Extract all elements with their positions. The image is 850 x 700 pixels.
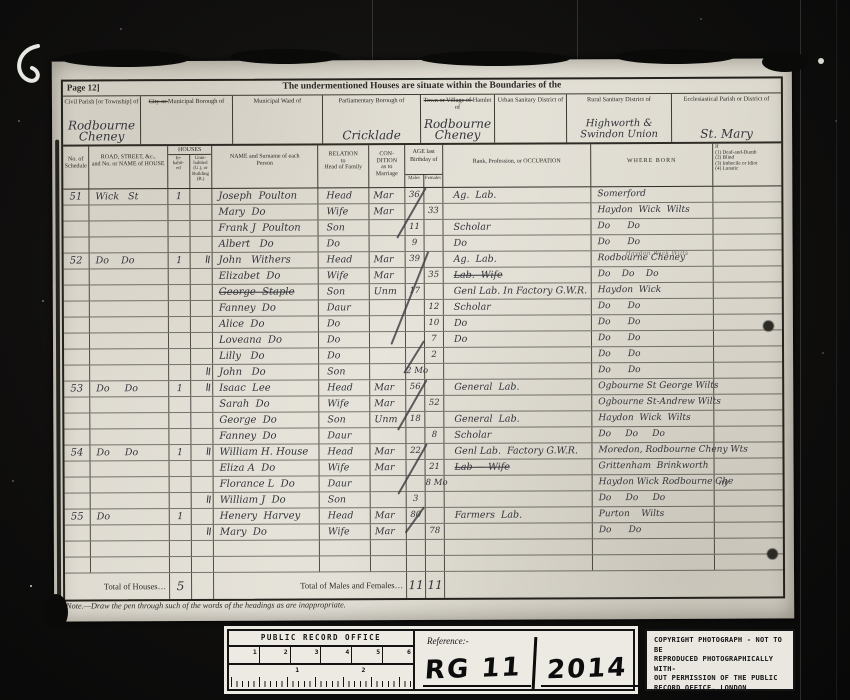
occupation-cell: Scholar [444,299,592,315]
name-cell: \\John Withers [213,252,319,267]
schedule-cell: 51 [63,189,89,204]
col-houses-title: HOUSES [168,146,211,155]
uninhabited-cell [191,333,213,348]
district-field-label: Ecclesiastical Parish or District of [672,93,781,102]
occupation-cell: General Lab. [444,379,592,395]
condition-cell: Mar [371,460,407,475]
infirmity-cell [713,218,781,233]
condition-cell: Mar [370,268,406,283]
column-headers: No. of Schedule ROAD, STREET, &c., and N… [63,143,781,189]
reference-number-right: 2014 [546,653,629,686]
col-where-born: WHERE BORN [591,144,713,187]
col-relation: RELATION to Head of Family [318,145,369,187]
condition-cell: Mar [371,508,407,523]
reference-underline [541,685,641,688]
reference-number-left: RG 11 [424,652,523,685]
uninhabited-cell [190,221,212,236]
inhabited-cell [169,237,191,252]
name-cell: Lilly Do [213,348,319,363]
road-cell [90,237,169,252]
born-cell: Haydon Wick Wilts [592,411,714,427]
infirmity-cell [714,234,782,249]
road-cell [90,429,169,444]
relation-cell: Daur [319,428,370,443]
occupation-cell: Ag. Lab. [443,187,591,203]
relation-cell: Do [319,236,370,251]
form-title: The undermentioned Houses are situate wi… [63,79,781,92]
infirmity-cell [714,266,782,281]
relation-cell: Wife [320,524,371,539]
relation-cell: Head [319,380,370,395]
schedule-cell [64,413,90,428]
occupation-cell [445,523,593,539]
district-field-label: Civil Parish [or Township] of [63,96,140,105]
census-page: Page 12] The undermentioned Houses are s… [52,58,794,621]
road-cell: Do Do [90,253,169,268]
name-cell: \\John Do [213,364,319,379]
schedule-cell [64,269,90,284]
uninhabited-cell [190,189,212,204]
occupation-cell [444,363,592,379]
age-female-cell [426,492,445,507]
condition-cell [371,540,407,555]
district-field: Civil Parish [or Township] ofRodbourne C… [63,96,141,144]
district-field-label: Rural Sanitary District of [567,94,671,103]
total-houses-value: 5 [170,573,192,599]
age-female-cell [424,188,443,203]
ruler-label: 2 [361,666,365,674]
film-specks [0,0,2,2]
age-female-cell [424,220,443,235]
age-female-cell: 7 [425,332,444,347]
road-cell [90,349,169,364]
born-cell: Do Do Do [592,267,714,283]
born-cell: Do Do [593,523,715,539]
district-field: Parliamentary Borough ofCricklade [323,95,421,143]
ruler-major-ticks [231,677,411,687]
road-cell [90,413,169,428]
condition-cell: Mar [369,204,405,219]
schedule-cell [63,221,89,236]
inhabited-cell [169,429,191,444]
district-field: Rural Sanitary District ofHighworth & Sw… [567,94,672,142]
totals-row: Total of Houses… 5 Total of Males and Fe… [65,570,783,599]
road-cell [90,269,169,284]
page-edge-tear [60,50,190,67]
schedule-cell [64,349,90,364]
road-cell [89,205,168,220]
relation-cell: Head [319,444,370,459]
schedule-cell: 52 [64,253,90,268]
uninhabited-cell [192,509,214,524]
name-cell: Elizabet Do [213,268,319,283]
condition-cell [371,492,407,507]
col-age: AGE last Birthday of Males Females [405,145,443,187]
district-field: Ecclesiastical Parish or District ofSt. … [672,93,781,141]
film-scratch [372,0,373,60]
age-female-cell: 8 Mo [426,476,445,491]
scale-number: 2 [260,647,291,663]
district-field-label: Town or Village of Hamlet of [421,95,494,111]
occupation-cell: Ag. Lab. [444,251,592,267]
totals-blank-cell [445,570,783,597]
page-edge-tear [420,51,570,66]
uninhabited-cell [192,477,214,492]
inhabited-cell [169,397,191,412]
born-cell: Grittenham Brinkworth [593,459,715,475]
age-female-cell: 21 [426,460,445,475]
ruler: 1 2 [229,665,413,689]
inhabited-cell [170,557,192,572]
condition-cell [370,348,406,363]
infirmity-cell [714,410,782,425]
inhabited-cell [169,413,191,428]
road-cell: Wick St [89,189,168,204]
age-female-cell [425,284,444,299]
total-uninhabited-value [192,573,214,599]
road-cell: Do Do [90,381,169,396]
name-cell: Albert Do [213,236,319,251]
uninhabited-cell [191,317,213,332]
inhabited-cell [169,333,191,348]
condition-cell: Mar [371,524,407,539]
schedule-cell [64,365,90,380]
infirmity-cell [715,506,783,521]
schedule-cell [64,285,90,300]
age-male-cell [407,556,426,571]
schedule-cell [65,461,91,476]
age-male-cell [406,316,425,331]
schedule-cell [64,429,90,444]
page-edge-tear [230,49,340,64]
born-cell: Somerford [591,187,713,203]
age-female-cell [426,508,445,523]
born-cell: Rodbourne CheneyHaydon Wick Wilts [592,251,714,267]
district-field-label: Urban Sanitary District of [495,94,566,103]
scale-number: 5 [352,647,383,663]
condition-cell [370,364,406,379]
condition-cell: Unm [370,284,406,299]
inhabited-cell [170,541,192,556]
infirmity-cell [714,250,782,265]
occupation-cell: Lab. Wife [444,267,592,283]
col-age-title: AGE last Birthday of [405,145,442,175]
road-cell [91,557,170,572]
relation-cell: Wife [319,268,370,283]
district-field-value: Highworth & Swindon Union [567,118,671,140]
road-cell [90,397,169,412]
uninhabited-cell [190,205,212,220]
total-houses-label: Total of Houses… [65,573,170,599]
district-field: Urban Sanitary District of [495,94,567,142]
condition-cell [371,556,407,571]
name-cell: Eliza A Do [214,460,320,475]
district-field-value: Rodbourne Cheney [421,119,494,141]
name-cell: Frank J Poulton [212,220,318,235]
age-male-cell [407,540,426,555]
uninhabited-cell [192,557,214,572]
schedule-cell [64,301,90,316]
born-cell: Do Do Do [593,491,715,507]
uninhabited-cell [191,397,213,412]
district-field-label: Parliamentary Borough of [323,95,420,104]
inhabited-cell: 1 [169,445,191,460]
col-condition: CON- DITION as to Marriage [369,145,405,187]
road-cell [91,477,170,492]
occupation-cell [445,539,593,555]
uninhabited-cell [191,429,213,444]
condition-cell: Mar [370,252,406,267]
condition-cell [370,236,406,251]
name-cell: Alice Do [213,316,319,331]
col-schedule: No. of Schedule [63,146,89,188]
schedule-cell [64,397,90,412]
inhabited-cell: 1 [170,509,192,524]
age-male-cell: 18 [406,412,425,427]
inhabited-cell [169,269,191,284]
scale-number: 1 [229,647,260,663]
road-cell [89,221,168,236]
schedule-cell [64,237,90,252]
relation-cell: Son [320,492,371,507]
schedule-cell [65,557,91,572]
ruler-label: 1 [295,666,299,674]
district-field-label: Municipal Ward of [233,95,322,104]
road-cell [91,525,170,540]
inhabited-cell: 1 [168,189,190,204]
born-cell [593,555,715,571]
pro-scale-panel: PUBLIC RECORD OFFICE 123456 1 2 [229,631,415,689]
occupation-cell [443,203,591,219]
col-houses: HOUSES In- habit- ed Unin- habited (U.),… [168,146,212,188]
road-cell [91,541,170,556]
age-female-cell: 8 [425,428,444,443]
age-female-cell: 35 [425,268,444,283]
inhabited-cell: 1 [169,381,191,396]
condition-cell: Mar [370,444,406,459]
age-female-cell [426,556,445,571]
district-field-value: Rodbourne Cheney [63,120,140,142]
film-scratch [800,0,801,700]
schedule-cell: 53 [64,381,90,396]
total-females-value: 11 [426,572,445,598]
district-field: Town or Village of Hamlet ofRodbourne Ch… [421,95,495,143]
scale-number: 4 [321,647,352,663]
age-male-cell: 9 [406,236,425,251]
occupation-cell: Scholar [444,427,592,443]
infirmity-cell [714,426,782,441]
occupation-cell: Farmers Lab. [445,507,593,523]
born-cell: Do Do [592,315,714,331]
infirmity-cell [714,362,782,377]
name-cell: \\Isaac Lee [213,380,319,395]
schedule-cell [64,317,90,332]
name-cell: Loveana Do [213,332,319,347]
age-female-cell [425,412,444,427]
occupation-cell [445,555,593,571]
infirmity-cell [713,186,781,201]
name-cell [214,556,320,571]
occupation-cell [445,491,593,507]
infirmity-cell [714,394,782,409]
schedule-cell [64,333,90,348]
infirmity-cell [714,378,782,393]
born-cell: Moredon, Rodbourne Cheny Wts [592,443,714,459]
uninhabited-cell [191,301,213,316]
name-cell: George Do [213,412,319,427]
schedule-cell [65,541,91,556]
relation-cell: Son [319,412,370,427]
occupation-cell [444,347,592,363]
born-cell: Do Do [592,347,714,363]
road-cell [90,365,169,380]
inhabited-cell [169,301,191,316]
occupation-cell: Genl Lab. In Factory G.W.R. [444,283,592,299]
infirmity-cell [715,458,783,473]
condition-cell [370,300,406,315]
name-cell: Sarah Do [213,396,319,411]
inhabited-cell [168,221,190,236]
page-edge-tear [762,52,808,72]
film-scratch [577,0,578,62]
microfilm-photograph: Page 12] The undermentioned Houses are s… [0,0,850,700]
relation-cell: Daur [319,300,370,315]
name-cell: Joseph Poulton [212,188,318,203]
relation-cell: Wife [319,396,370,411]
born-cell: Ogbourne St George Wilts [592,379,714,395]
col-name: NAME and Surname of each Person [212,145,318,187]
condition-cell: Mar [370,380,406,395]
born-cell [593,539,715,555]
road-cell [91,493,170,508]
born-cell: Do Do Do [592,427,714,443]
schedule-cell: 54 [64,445,90,460]
name-cell: Henery Harvey [214,508,320,523]
district-field: Municipal Ward of [233,95,323,143]
relation-cell: Do [319,316,370,331]
relation-cell: Head [319,252,370,267]
inhabited-cell [169,317,191,332]
inhabited-cell [169,285,191,300]
relation-cell: Wife [320,460,371,475]
name-cell: \\William J Do [214,492,320,507]
age-male-cell [407,476,426,491]
road-cell [90,317,169,332]
uninhabited-cell [191,285,213,300]
age-male-cell: 11 [405,220,424,235]
uninhabited-cell [192,541,214,556]
copyright-stamp: COPYRIGHT PHOTOGRAPH - NOT TO BE REPRODU… [645,629,795,691]
relation-cell: Daur [320,476,371,491]
born-cell: Do Do [592,299,714,315]
born-cell: Do Do [591,219,713,235]
age-female-cell [425,380,444,395]
condition-cell: Mar [370,396,406,411]
relation-cell: Head [320,508,371,523]
name-cell: George Staple [213,284,319,299]
reference-divider-stroke [532,637,538,689]
infirmity-cell [713,202,781,217]
age-female-cell [426,540,445,555]
occupation-cell: General Lab. [444,411,592,427]
age-female-cell: 12 [425,300,444,315]
age-female-cell [425,236,444,251]
uninhabited-cell [192,461,214,476]
relation-cell [320,556,371,571]
relation-cell: Son [319,364,370,379]
total-males-value: 11 [407,572,426,598]
inhabited-cell: 1 [169,253,191,268]
col-uninhabited: Unin- habited (U.), or Building (B.) [190,155,212,188]
name-cell: Florance L Do [214,476,320,491]
uninhabited-cell [191,413,213,428]
road-cell: Do Do [90,445,169,460]
age-female-cell [425,364,444,379]
born-cell: Do Do [592,331,714,347]
schedule-cell: 55 [65,509,91,524]
infirmity-cell [714,346,782,361]
schedule-cell [65,493,91,508]
col-occupation: Rank, Profession, or OCCUPATION [443,144,591,187]
inhabited-cell [170,525,192,540]
infirmity-cell [714,298,782,313]
scale-bar: 123456 [229,647,413,665]
page-edge-tear [44,594,68,630]
infirmity-cell [714,282,782,297]
col-age-males: Males [405,175,424,187]
occupation-cell [445,475,593,491]
relation-cell: Do [319,332,370,347]
uninhabited-cell [191,237,213,252]
born-cell: Haydon Wick Rodbourne Che [593,475,715,491]
total-males-females-label: Total of Males and Females… [214,572,407,599]
name-cell [214,540,320,555]
born-cell: Do Do [592,363,714,379]
inhabited-cell [168,205,190,220]
relation-cell: Wife [318,204,369,219]
relation-cell: Son [318,220,369,235]
pencil-annotation: Haydon Wick Wilts [626,246,689,261]
col-inhabited: In- habit- ed [168,155,190,188]
infirmity-cell [714,330,782,345]
film-dot [818,58,824,64]
occupation-cell: Genl Lab. Factory G.W.R. [444,443,592,459]
road-cell: Do [91,509,170,524]
occupation-cell: Lab — Wife [445,459,593,475]
age-female-cell: 52 [425,396,444,411]
born-cell: Haydon Wick Wilts [591,203,713,219]
film-scratch-mark [8,40,52,90]
road-cell [91,461,170,476]
relation-cell: Head [318,188,369,203]
infirmity-cell [715,490,783,505]
pro-title: PUBLIC RECORD OFFICE [229,631,413,647]
age-female-cell: 10 [425,316,444,331]
occupation-cell: Scholar [443,219,591,235]
condition-cell: Mar [369,188,405,203]
road-cell [90,301,169,316]
pro-stamp: PUBLIC RECORD OFFICE 123456 1 2 Referenc… [224,626,638,694]
inhabited-cell [170,477,192,492]
occupation-cell: Do [444,235,592,251]
schedule-cell [63,205,89,220]
film-scratch [836,0,837,700]
age-male-cell [406,428,425,443]
name-cell: Fanney Do [213,428,319,443]
col-infirmity: If (1) Deaf-and-Dumb (2) Blind (3) Imbec… [713,143,781,185]
occupation-cell: Do [444,331,592,347]
punch-hole [767,548,778,559]
